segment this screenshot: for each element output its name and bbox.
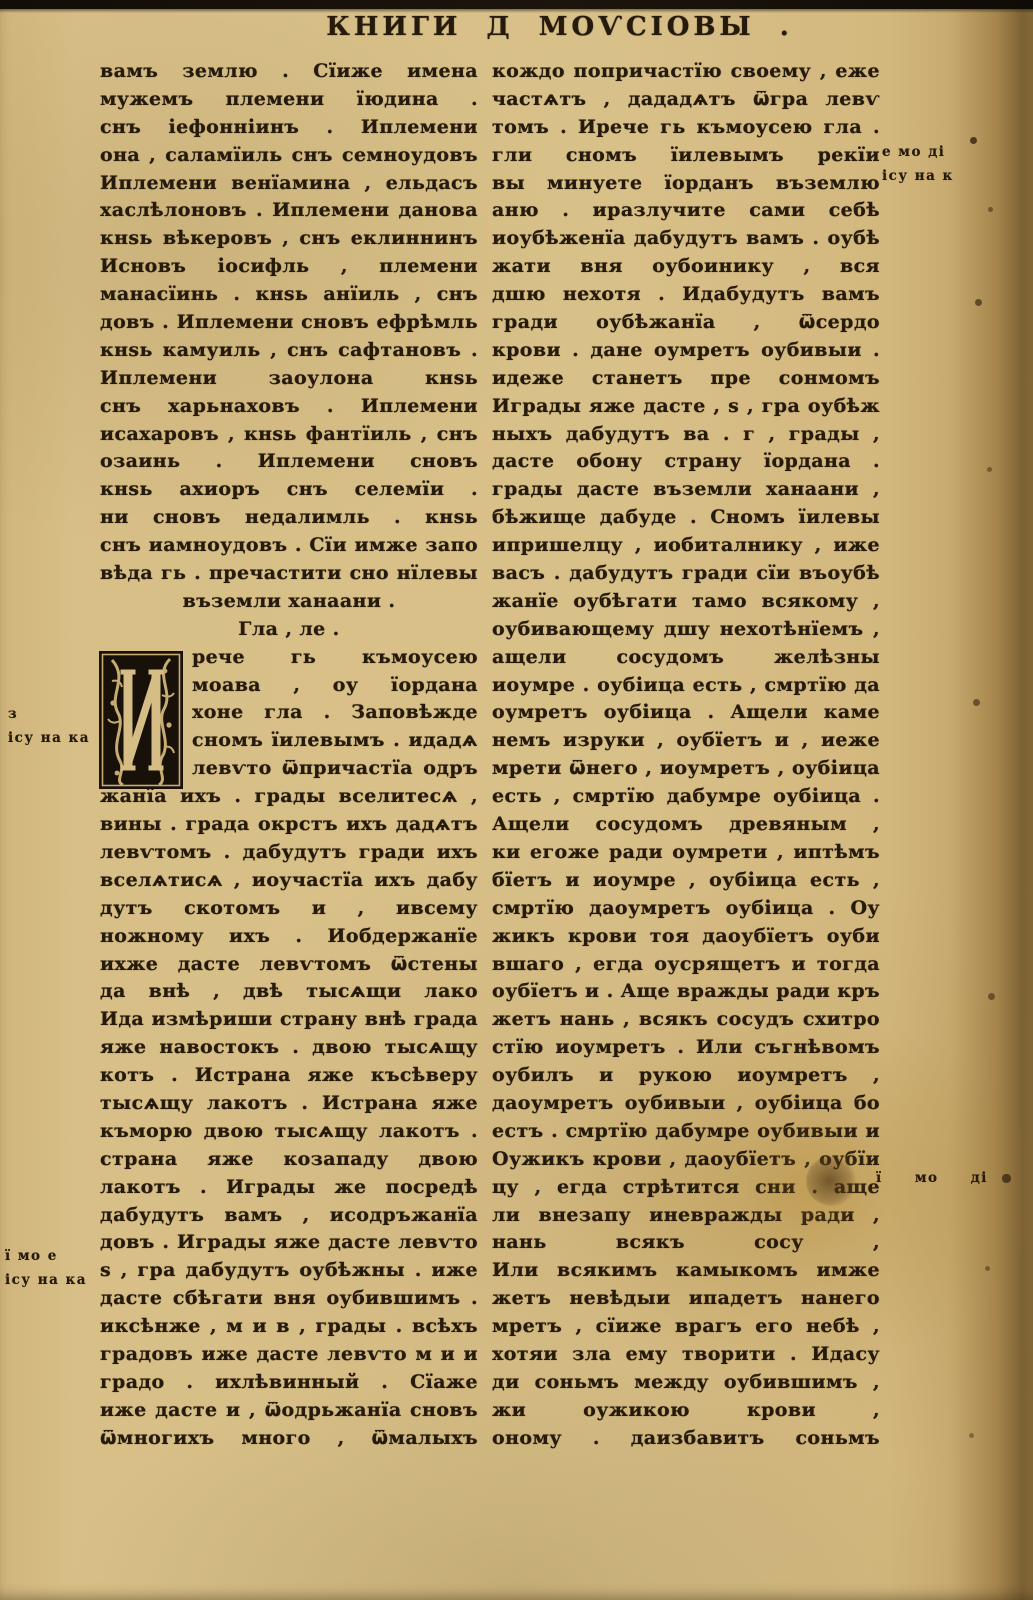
text-line: левѵто ѿпричастїа одръ	[192, 755, 478, 783]
text-line: манасїинь . кнѕь анїиль , снъ суфи	[100, 281, 478, 309]
text-line: жати вня оубоинику , вся оубивый	[492, 253, 880, 281]
text-line: оубивающему дшу нехотѣнїемъ ,	[492, 616, 880, 644]
text-line: вы минуете їорданъ въземлю хана	[492, 170, 880, 198]
text-line: жетъ невѣдыи ипадетъ нанего иоу	[492, 1285, 880, 1313]
text-line: оубїетъ и . Аще вражды ради кръ	[492, 978, 880, 1006]
text-line: хаслѣлоновъ . Иплемени данова	[100, 197, 478, 225]
margin-note-line: е мо ді	[882, 140, 954, 164]
text-line: Гла , ле .	[100, 616, 478, 644]
text-line: дабудутъ вамъ , исодръжанїа гра	[100, 1202, 478, 1230]
text-line: оному . даизбавитъ соньмъ	[492, 1425, 880, 1453]
text-line: да внѣ , двѣ тысѧщи лако окрстъ .	[100, 978, 478, 1006]
text-line: вселѧтисѧ , иоучастїа ихъ дабу	[100, 867, 478, 895]
margin-note-cross-reference: ї мо еісу на ка	[5, 1244, 87, 1292]
text-line: иоумре . оубіица есть , смртїю да	[492, 672, 880, 700]
text-line: хоне гла . Заповѣжде	[192, 699, 478, 727]
margin-note-cross-reference: е мо діісу на к	[882, 140, 954, 188]
text-line: стїю иоумретъ . Или съгнѣвомъ	[492, 1034, 880, 1062]
text-line: гли сномъ їилевымъ рекїи книмъ .	[492, 142, 880, 170]
text-line: мретъ , сїиже врагъ его небѣ , ниже	[492, 1313, 880, 1341]
text-line: частѧтъ , дададѧтъ ѿгра левѵ	[492, 86, 880, 114]
text-line: снъ харьнаховъ . Иплемени снвъ	[100, 393, 478, 421]
text-line: смртїю даоумретъ оубіица . Оу	[492, 895, 880, 923]
text-line: довъ . Играды яже дасте левѵто	[100, 1229, 478, 1257]
text-line: она , саламїиль снъ семноудовъ .	[100, 142, 478, 170]
text-line: страна яже козападу двою тысѧщу	[100, 1146, 478, 1174]
text-line: даоумретъ оубивыи , оубіица бо	[492, 1090, 880, 1118]
text-line: бѣжище дабуде . Сномъ їилевы	[492, 504, 880, 532]
text-line: немъ изруки , оубїетъ и , иеже оу	[492, 727, 880, 755]
text-line: есть , смртїю дабумре оубіица .	[492, 783, 880, 811]
book-page-scan: КНИГИ Д МОѴСІОВЫ . вамъ землю . Сїиже им…	[0, 0, 1033, 1600]
text-line: ди соньмъ между оубившимъ , име	[492, 1369, 880, 1397]
text-line: довъ . Иплемени сновъ ефрѣмль .	[100, 309, 478, 337]
text-line: снъ иамноудовъ . Сїи имже запо	[100, 532, 478, 560]
text-line: ѿмногихъ много , ѿмалыхъ мало .	[100, 1425, 478, 1453]
text-line: оумретъ оубіица . Ащели каме	[492, 699, 880, 727]
text-line: котъ . Истрана яже късѣверу двою	[100, 1062, 478, 1090]
text-line: жикъ крови тоя даоубїетъ оуби	[492, 923, 880, 951]
scan-top-edge	[0, 0, 1033, 9]
text-line: вамъ землю . Сїиже имена	[100, 58, 478, 86]
text-line: ни сновъ недалимль . кнѕь фадїи ,	[100, 504, 478, 532]
text-line: левѵтомъ . дабудутъ гради ихъ	[100, 839, 478, 867]
page-edge-specks	[0, 0, 3, 3]
text-line: мрети ѿнего , иоумретъ , оубіица	[492, 755, 880, 783]
initial-letter-ornament	[99, 651, 183, 789]
text-line: рече гь къмоусею назапади	[192, 644, 478, 672]
text-line: гради оубѣжанїа , ѿсердо болныя	[492, 309, 880, 337]
margin-note-line: ісу на к	[882, 164, 954, 188]
text-line: вшаго , егда оусрящетъ и тогда	[492, 951, 880, 979]
text-line: снъ іефонніинъ . Иплемени симе	[100, 114, 478, 142]
text-line: васъ . дабудутъ гради сїи въоубѣ	[492, 560, 880, 588]
margin-note-cross-reference: зісу на ка	[8, 702, 90, 750]
text-line: иоубѣженїа дабудутъ вамъ . оубѣ	[492, 225, 880, 253]
text-line: жетъ нань , всякъ сосудъ схитро	[492, 1006, 880, 1034]
text-line: хотяи зла ему творити . Идасу	[492, 1341, 880, 1369]
text-line: оубилъ и рукою иоумретъ , смртїю	[492, 1062, 880, 1090]
text-line: Исновъ іосифль , племени сновъ	[100, 253, 478, 281]
text-line: жанїе оубѣгати тамо всякому ,	[492, 588, 880, 616]
text-line: крови . дане оумретъ оубивыи . до	[492, 337, 880, 365]
text-line: исахаровъ , кнѕь фантїиль , снъ	[100, 421, 478, 449]
text-line: томъ . Ирече гь къмоусею гла .	[492, 114, 880, 142]
text-line: ащели сосудомъ желѣзны оубїетъ и	[492, 644, 880, 672]
text-line: ки егоже ради оумрети , иптѣмъ оу	[492, 839, 880, 867]
text-line: дутъ скотомъ и , ивсему четверо	[100, 895, 478, 923]
text-line: иже дасте и , ѿодрьжанїа сновъ їиле	[100, 1397, 478, 1425]
text-line: ихже дасте левѵтомъ ѿстены гра	[100, 951, 478, 979]
text-line: мужемъ племени їюдина . халевъ	[100, 86, 478, 114]
text-line: дасте сбѣгати вня оубившимъ .	[100, 1285, 478, 1313]
text-line: лакотъ . Играды же посредѣ сего	[100, 1174, 478, 1202]
text-line: моава , оу їордана приери	[192, 672, 478, 700]
text-line: тысѧщу лакотъ . Истрана яже	[100, 1090, 478, 1118]
text-line: къморю двою тысѧщу лакотъ . И	[100, 1118, 478, 1146]
text-line: вѣда гь . пречастити сно нїлевы ,	[100, 560, 478, 588]
text-line: кнѕь ахиоръ снъ селемїи . Иплеме	[100, 476, 478, 504]
margin-note-line: ісу на ка	[5, 1268, 87, 1292]
text-line: жи оужикою крови , порасужденїю	[492, 1397, 880, 1425]
text-line: въземли ханаани .	[100, 588, 478, 616]
text-line: Иплемени венїамина , ельдасъ снъ	[100, 170, 478, 198]
margin-note-line: ї мо е	[5, 1244, 87, 1268]
text-line: кнѕь камуиль , снъ сафтановъ .	[100, 337, 478, 365]
text-line: ипришелцу , иобиталнику , иже въ	[492, 532, 880, 560]
running-title: КНИГИ Д МОѴСІОВЫ .	[0, 12, 1033, 42]
text-line: Ащели сосудомъ древяным , изру	[492, 811, 880, 839]
text-line: вины . града окрстъ ихъ дадѧтъ	[100, 811, 478, 839]
text-line: иксѣнже , м и в , грады . всѣхъ	[100, 1313, 478, 1341]
margin-note-line: ісу на ка	[8, 726, 90, 750]
ink-stain	[806, 1156, 858, 1206]
text-line: грады дасте въземли ханаани , оу	[492, 476, 880, 504]
text-line: идеже станетъ пре сонмомъ насудѣ .	[492, 365, 880, 393]
text-line: Играды яже дасте , ѕ , гра оубѣж	[492, 393, 880, 421]
text-line: Или всякимъ камыкомъ имже връ	[492, 1257, 880, 1285]
text-line: озаинь . Иплемени сновъ асривъ ,	[100, 448, 478, 476]
text-line: кождо попричастїю своему , еже пре	[492, 58, 880, 86]
text-line: ѕ , гра дабудутъ оубѣжны . иже	[100, 1257, 478, 1285]
woodcut-initial-letter	[99, 651, 183, 789]
text-line: ножному ихъ . Иобдержанїе градо	[100, 923, 478, 951]
text-line: яже навостокъ . двою тысѧщу ла	[100, 1034, 478, 1062]
text-line: ныхъ дабудутъ ва . г , грады ,	[492, 421, 880, 449]
text-line: градо . ихлѣвинный . Сїаже игради	[100, 1369, 478, 1397]
text-line: аню . иразлучите сами себѣ грады	[492, 197, 880, 225]
margin-note-line: з	[8, 702, 90, 726]
text-line: дасте обону страну їордана . Итри	[492, 448, 880, 476]
text-line: Иплемени заоулона кнѕь елисафанъ	[100, 365, 478, 393]
text-line: градовъ иже дасте левѵто м и и	[100, 1341, 478, 1369]
text-line: Ида измѣриши страну внѣ града ,	[100, 1006, 478, 1034]
text-line: дшю нехотя . Идабудутъ вамъ	[492, 281, 880, 309]
text-line: кнѕь вѣкеровъ , снъ еклиннинъ .	[100, 225, 478, 253]
text-line: бїетъ и иоумре , оубіица есть ,	[492, 867, 880, 895]
text-line: сномъ їилевымъ . идадѧ	[192, 727, 478, 755]
